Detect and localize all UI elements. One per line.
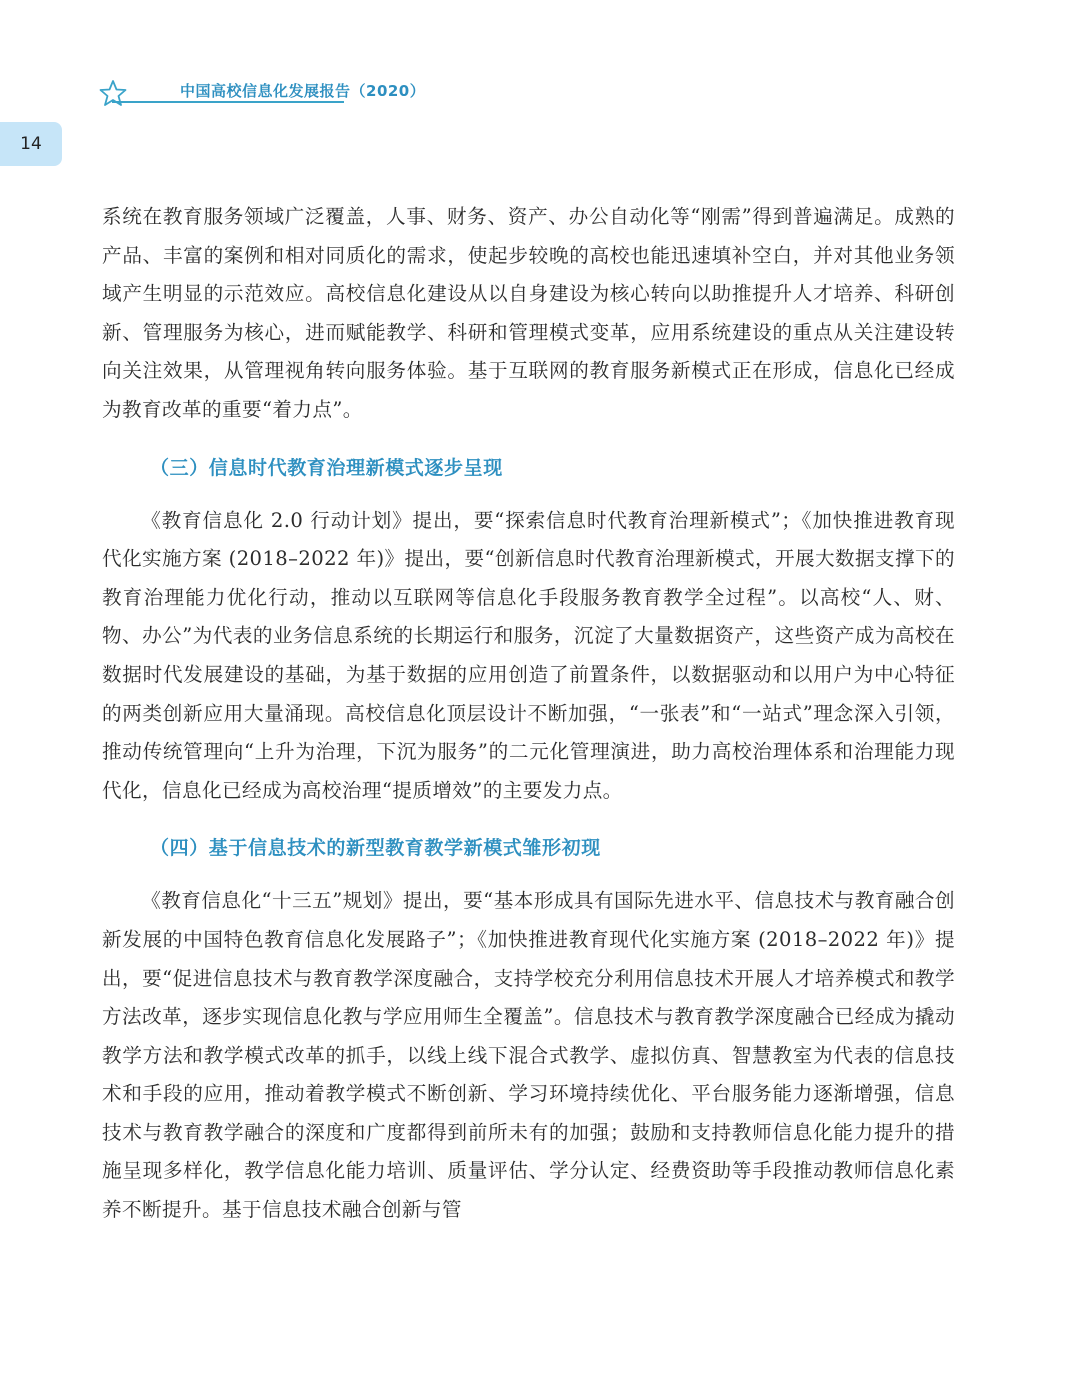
section-heading-4: （四）基于信息技术的新型教育教学新模式雏形初现 <box>102 829 955 867</box>
page-number: 14 <box>20 134 42 154</box>
header-title: 中国高校信息化发展报告（2020） <box>180 80 425 101</box>
section-heading-3: （三）信息时代教育治理新模式逐步呈现 <box>102 449 955 487</box>
paragraph: 系统在教育服务领域广泛覆盖，人事、财务、资产、办公自动化等“刚需”得到普遍满足。… <box>102 198 955 430</box>
header-rule <box>112 101 344 103</box>
page-number-tab: 14 <box>0 122 62 166</box>
paragraph: 《教育信息化 2.0 行动计划》提出，要“探索信息时代教育治理新模式”；《加快推… <box>102 502 955 811</box>
star-icon <box>98 78 128 108</box>
page-body: 系统在教育服务领域广泛覆盖，人事、财务、资产、办公自动化等“刚需”得到普遍满足。… <box>102 198 955 1230</box>
paragraph: 《教育信息化“十三五”规划》提出，要“基本形成具有国际先进水平、信息技术与教育融… <box>102 882 955 1229</box>
